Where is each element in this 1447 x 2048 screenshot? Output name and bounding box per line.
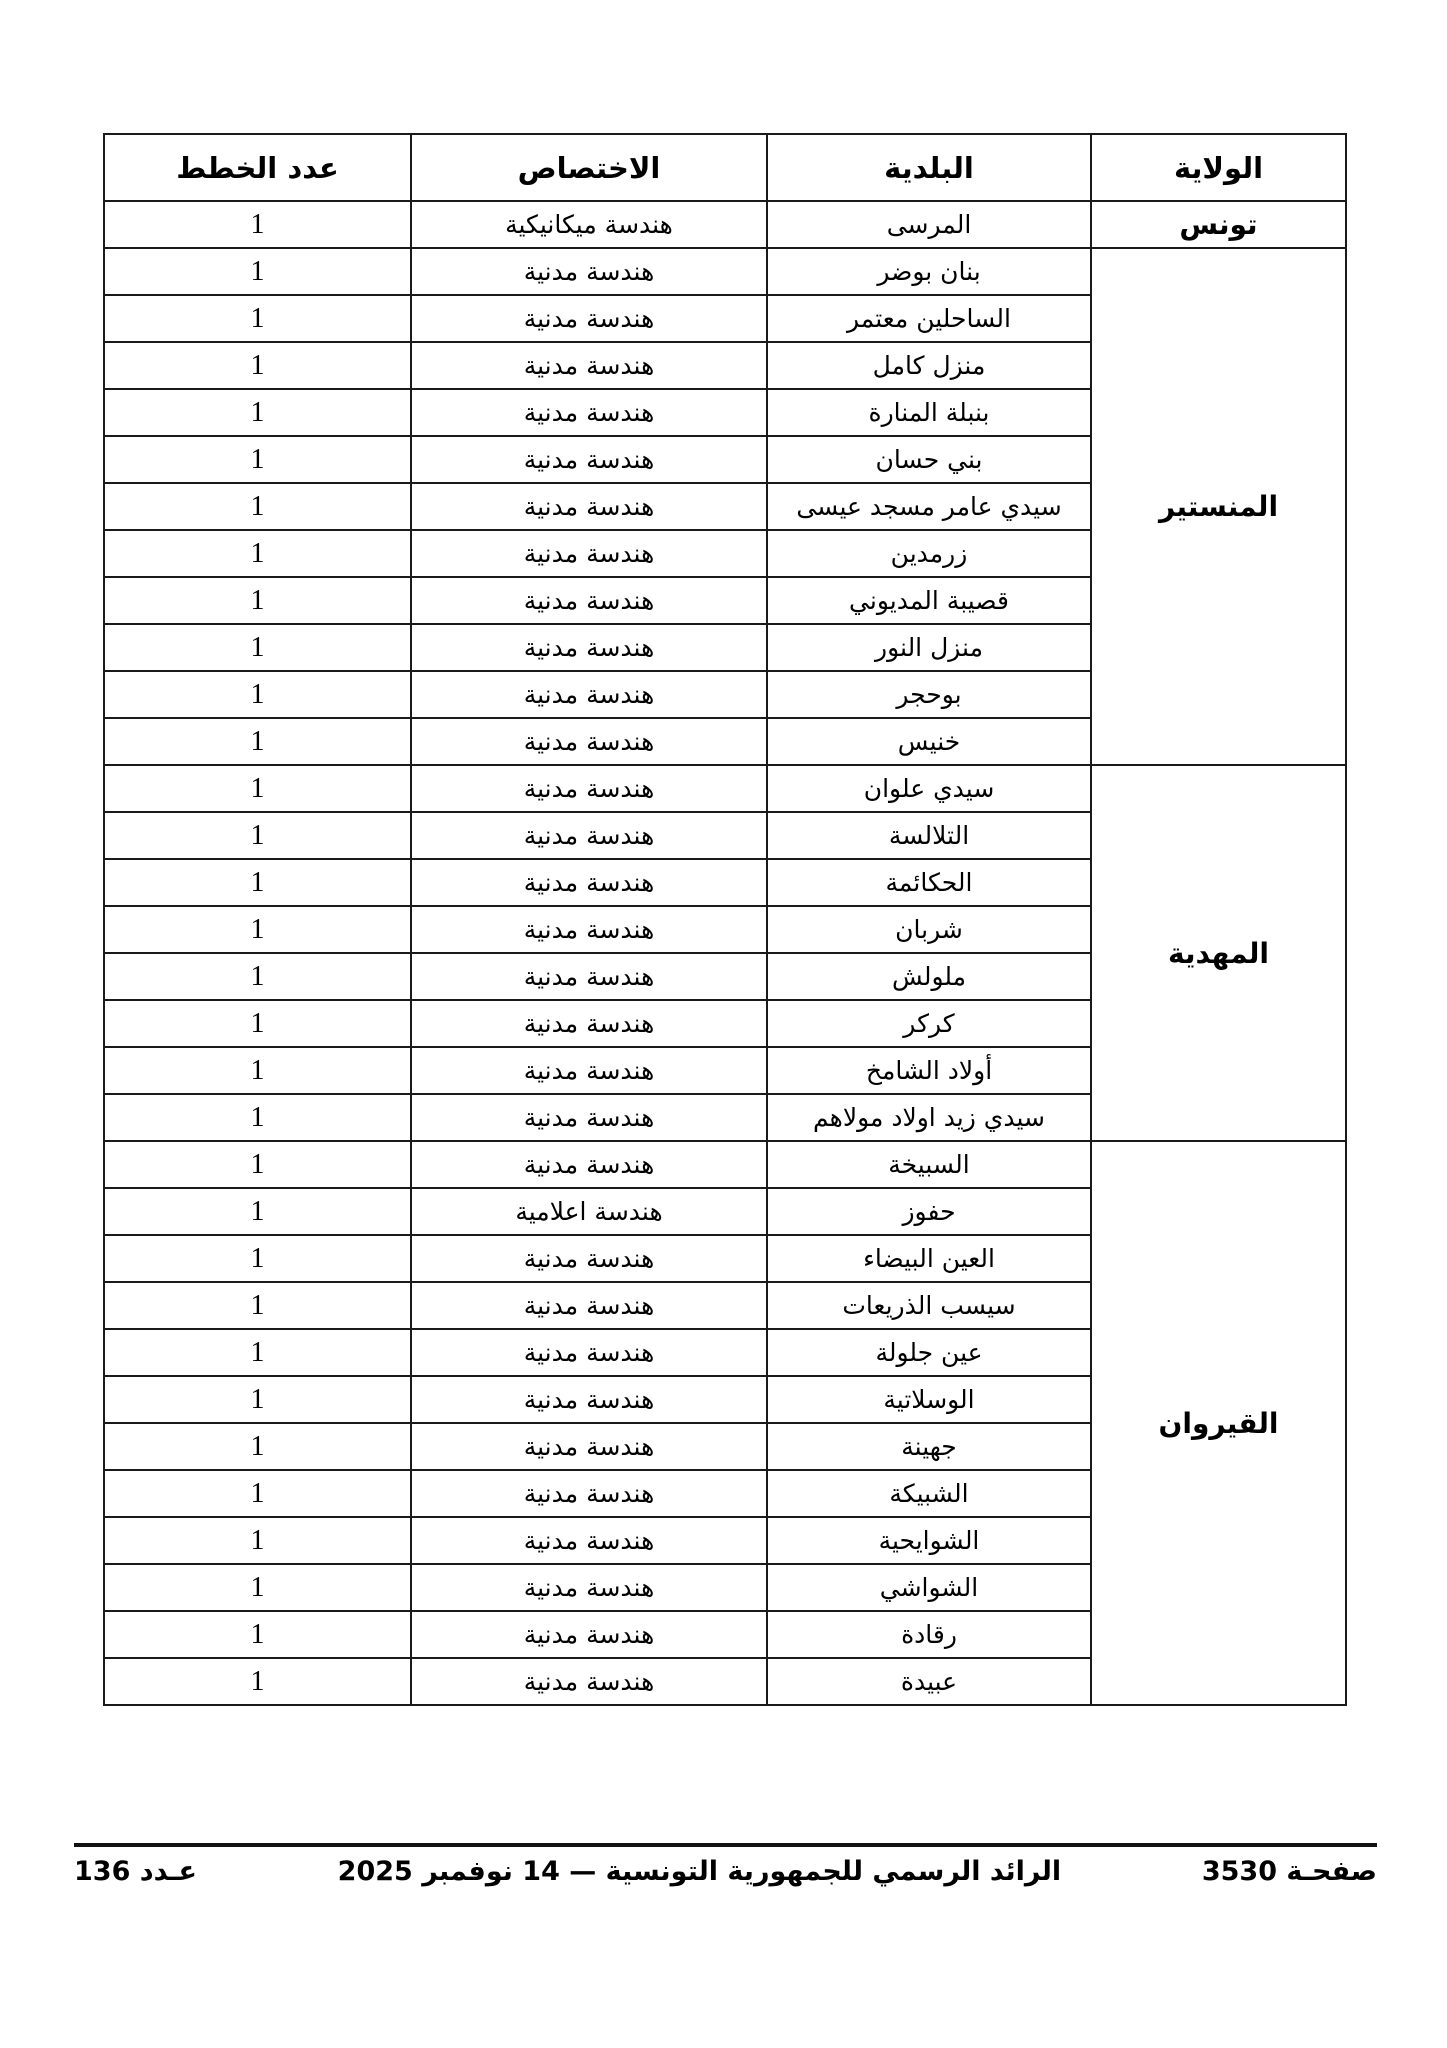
positions-cell: 1 — [104, 530, 411, 577]
specialization-cell: هندسة مدنية — [411, 1470, 767, 1517]
specialization-cell: هندسة مدنية — [411, 1564, 767, 1611]
municipality-cell: الشواشي — [767, 1564, 1091, 1611]
positions-cell: 1 — [104, 1188, 411, 1235]
positions-cell: 1 — [104, 859, 411, 906]
specialization-cell: هندسة مدنية — [411, 1376, 767, 1423]
specialization-cell: هندسة مدنية — [411, 624, 767, 671]
specialization-cell: هندسة مدنية — [411, 483, 767, 530]
specialization-cell: هندسة مدنية — [411, 295, 767, 342]
municipality-cell: بنبلة المنارة — [767, 389, 1091, 436]
municipality-cell: سيدي زيد اولاد مولاهم — [767, 1094, 1091, 1141]
specialization-cell: هندسة مدنية — [411, 1235, 767, 1282]
wilaya-cell: المهدية — [1091, 765, 1346, 1141]
positions-cell: 1 — [104, 906, 411, 953]
positions-cell: 1 — [104, 624, 411, 671]
municipality-cell: حفوز — [767, 1188, 1091, 1235]
municipality-cell: سيدي علوان — [767, 765, 1091, 812]
positions-cell: 1 — [104, 1376, 411, 1423]
positions-cell: 1 — [104, 1141, 411, 1188]
municipality-cell: بنان بوضر — [767, 248, 1091, 295]
footer-page-number: صفحـة 3530 — [1202, 1856, 1377, 1887]
specialization-cell: هندسة مدنية — [411, 765, 767, 812]
specialization-cell: هندسة مدنية — [411, 530, 767, 577]
positions-cell: 1 — [104, 1658, 411, 1705]
specialization-cell: هندسة مدنية — [411, 1329, 767, 1376]
positions-cell: 1 — [104, 1000, 411, 1047]
municipality-cell: الساحلين معتمر — [767, 295, 1091, 342]
specialization-cell: هندسة مدنية — [411, 577, 767, 624]
gazette-page: الولاية البلدية الاختصاص عدد الخطط تونسا… — [0, 0, 1447, 2048]
header-wilaya: الولاية — [1091, 134, 1346, 201]
positions-cell: 1 — [104, 1094, 411, 1141]
municipality-cell: بني حسان — [767, 436, 1091, 483]
footer-gazette-title: الرائد الرسمي للجمهورية التونسية — 14 نو… — [338, 1856, 1061, 1887]
positions-cell: 1 — [104, 1564, 411, 1611]
specialization-cell: هندسة مدنية — [411, 1611, 767, 1658]
municipality-cell: العين البيضاء — [767, 1235, 1091, 1282]
municipality-cell: رقادة — [767, 1611, 1091, 1658]
municipality-cell: منزل كامل — [767, 342, 1091, 389]
municipality-cell: زرمدين — [767, 530, 1091, 577]
specialization-cell: هندسة مدنية — [411, 1094, 767, 1141]
municipality-cell: بوحجر — [767, 671, 1091, 718]
municipality-cell: شربان — [767, 906, 1091, 953]
municipality-cell: الوسلاتية — [767, 1376, 1091, 1423]
page-footer: صفحـة 3530 الرائد الرسمي للجمهورية التون… — [74, 1856, 1377, 1887]
positions-cell: 1 — [104, 718, 411, 765]
positions-cell: 1 — [104, 1282, 411, 1329]
positions-table: الولاية البلدية الاختصاص عدد الخطط تونسا… — [103, 133, 1347, 1706]
positions-cell: 1 — [104, 1611, 411, 1658]
municipality-cell: كركر — [767, 1000, 1091, 1047]
header-specialization: الاختصاص — [411, 134, 767, 201]
positions-cell: 1 — [104, 671, 411, 718]
positions-cell: 1 — [104, 436, 411, 483]
municipality-cell: الشبيكة — [767, 1470, 1091, 1517]
specialization-cell: هندسة مدنية — [411, 1423, 767, 1470]
positions-cell: 1 — [104, 342, 411, 389]
specialization-cell: هندسة مدنية — [411, 812, 767, 859]
positions-cell: 1 — [104, 483, 411, 530]
wilaya-cell: القيروان — [1091, 1141, 1346, 1705]
municipality-cell: منزل النور — [767, 624, 1091, 671]
positions-cell: 1 — [104, 295, 411, 342]
table-row: المهديةسيدي علوانهندسة مدنية1 — [104, 765, 1346, 812]
specialization-cell: هندسة مدنية — [411, 1658, 767, 1705]
municipality-cell: سيسب الذريعات — [767, 1282, 1091, 1329]
municipality-cell: الشوايحية — [767, 1517, 1091, 1564]
positions-cell: 1 — [104, 1517, 411, 1564]
specialization-cell: هندسة مدنية — [411, 859, 767, 906]
specialization-cell: هندسة مدنية — [411, 248, 767, 295]
municipality-cell: التلالسة — [767, 812, 1091, 859]
positions-cell: 1 — [104, 1329, 411, 1376]
municipality-cell: عبيدة — [767, 1658, 1091, 1705]
table-header-row: الولاية البلدية الاختصاص عدد الخطط — [104, 134, 1346, 201]
positions-cell: 1 — [104, 201, 411, 248]
header-positions: عدد الخطط — [104, 134, 411, 201]
municipality-cell: أولاد الشامخ — [767, 1047, 1091, 1094]
specialization-cell: هندسة مدنية — [411, 1141, 767, 1188]
municipality-cell: عين جلولة — [767, 1329, 1091, 1376]
specialization-cell: هندسة مدنية — [411, 906, 767, 953]
header-municipality: البلدية — [767, 134, 1091, 201]
specialization-cell: هندسة مدنية — [411, 953, 767, 1000]
municipality-cell: ملولش — [767, 953, 1091, 1000]
municipality-cell: السبيخة — [767, 1141, 1091, 1188]
specialization-cell: هندسة مدنية — [411, 1282, 767, 1329]
positions-cell: 1 — [104, 248, 411, 295]
positions-cell: 1 — [104, 1423, 411, 1470]
specialization-cell: هندسة مدنية — [411, 671, 767, 718]
wilaya-cell: المنستير — [1091, 248, 1346, 765]
specialization-cell: هندسة مدنية — [411, 389, 767, 436]
specialization-cell: هندسة مدنية — [411, 1047, 767, 1094]
specialization-cell: هندسة مدنية — [411, 436, 767, 483]
specialization-cell: هندسة اعلامية — [411, 1188, 767, 1235]
specialization-cell: هندسة مدنية — [411, 718, 767, 765]
specialization-cell: هندسة مدنية — [411, 342, 767, 389]
positions-cell: 1 — [104, 812, 411, 859]
positions-cell: 1 — [104, 953, 411, 1000]
municipality-cell: قصيبة المديوني — [767, 577, 1091, 624]
positions-cell: 1 — [104, 389, 411, 436]
positions-cell: 1 — [104, 1047, 411, 1094]
footer-divider — [74, 1843, 1377, 1847]
specialization-cell: هندسة ميكانيكية — [411, 201, 767, 248]
positions-cell: 1 — [104, 1470, 411, 1517]
municipality-cell: جهينة — [767, 1423, 1091, 1470]
municipality-cell: سيدي عامر مسجد عيسى — [767, 483, 1091, 530]
footer-issue-number: عـدد 136 — [74, 1856, 197, 1887]
specialization-cell: هندسة مدنية — [411, 1517, 767, 1564]
specialization-cell: هندسة مدنية — [411, 1000, 767, 1047]
table-row: تونسالمرسىهندسة ميكانيكية1 — [104, 201, 1346, 248]
table-row: المنستيربنان بوضرهندسة مدنية1 — [104, 248, 1346, 295]
positions-cell: 1 — [104, 1235, 411, 1282]
positions-cell: 1 — [104, 577, 411, 624]
positions-cell: 1 — [104, 765, 411, 812]
municipality-cell: الحكائمة — [767, 859, 1091, 906]
wilaya-cell: تونس — [1091, 201, 1346, 248]
table-row: القيروانالسبيخةهندسة مدنية1 — [104, 1141, 1346, 1188]
municipality-cell: المرسى — [767, 201, 1091, 248]
municipality-cell: خنيس — [767, 718, 1091, 765]
